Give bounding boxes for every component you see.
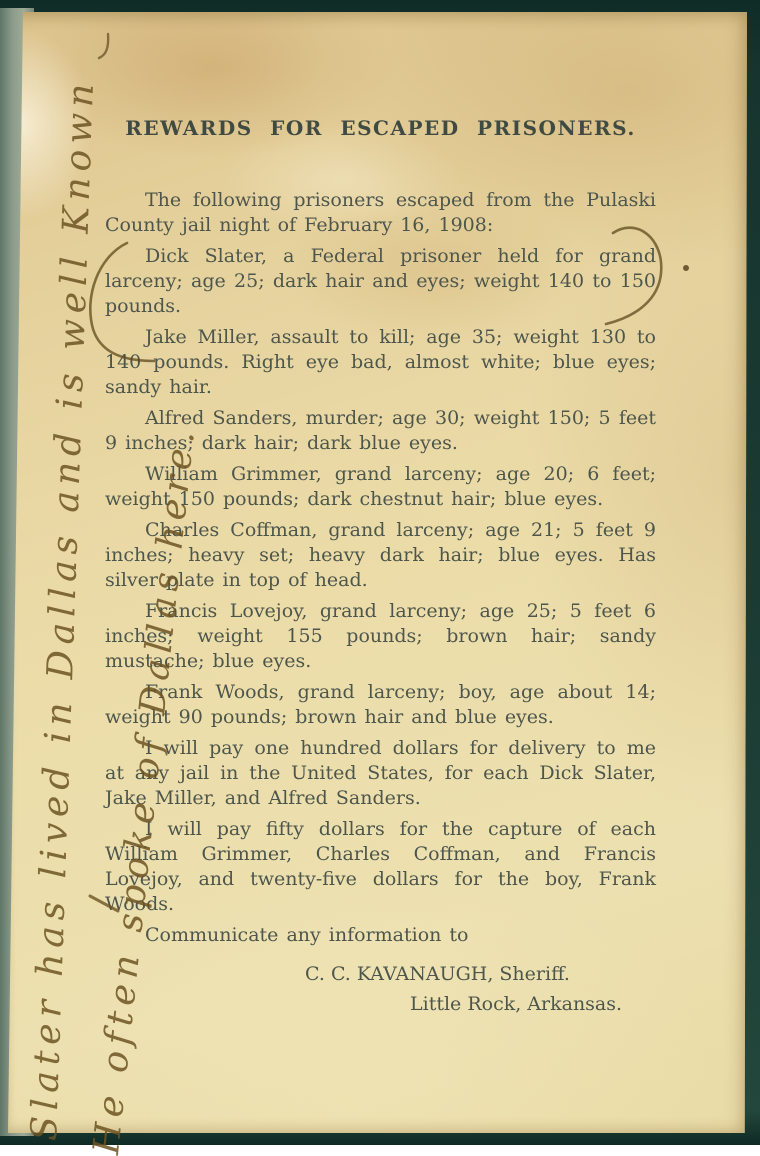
paragraph: Francis Lovejoy, grand larceny; age 25; … xyxy=(105,599,656,674)
printed-text-column: REWARDS FOR ESCAPED PRISONERS. The follo… xyxy=(105,12,656,1017)
scanned-document-page: REWARDS FOR ESCAPED PRISONERS. The follo… xyxy=(6,12,747,1133)
signature-location: Little Rock, Arkansas. xyxy=(410,992,656,1017)
paragraph: Jake Miller, assault to kill; age 35; we… xyxy=(105,325,656,400)
paragraph: Dick Slater, a Federal prisoner held for… xyxy=(105,244,656,319)
paragraph: I will pay one hundred dollars for deliv… xyxy=(105,736,656,811)
signature-block: C. C. KAVANAUGH, Sheriff. Little Rock, A… xyxy=(105,962,656,1017)
signature-name: C. C. KAVANAUGH, Sheriff. xyxy=(305,962,656,987)
document-title: REWARDS FOR ESCAPED PRISONERS. xyxy=(105,116,656,140)
paragraph: I will pay fifty dollars for the capture… xyxy=(105,817,656,917)
paragraph: Charles Coffman, grand larceny; age 21; … xyxy=(105,518,656,593)
paragraph: Frank Woods, grand larceny; boy, age abo… xyxy=(105,680,656,730)
paragraph-list: The following prisoners escaped from the… xyxy=(105,188,656,948)
paragraph: Alfred Sanders, murder; age 30; weight 1… xyxy=(105,406,656,456)
paragraph: Communicate any information to xyxy=(105,923,656,948)
paragraph: The following prisoners escaped from the… xyxy=(105,188,656,238)
paragraph: William Grimmer, grand larceny; age 20; … xyxy=(105,462,656,512)
